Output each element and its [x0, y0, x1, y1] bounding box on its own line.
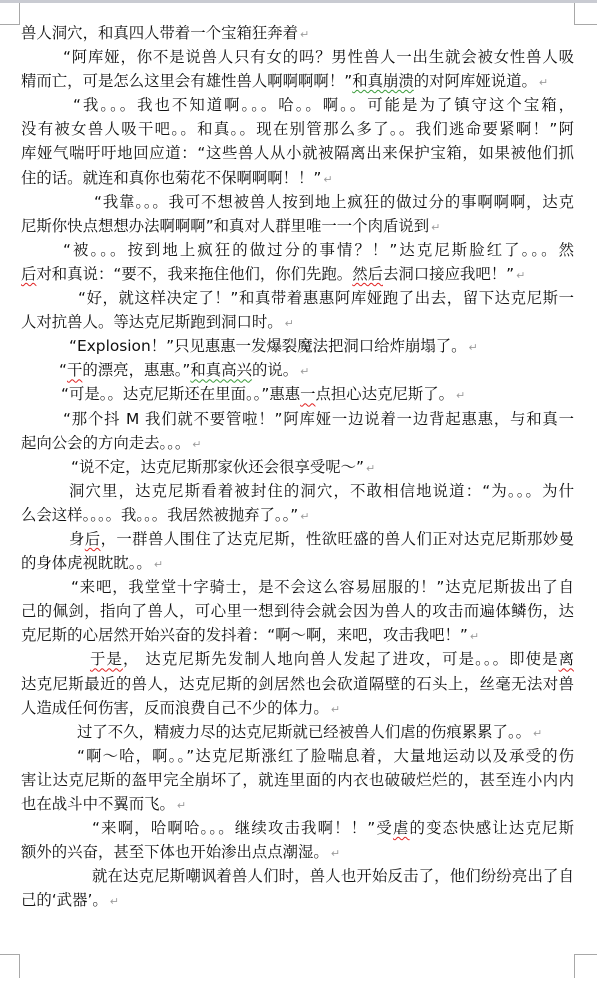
- text-run: 达克尼斯最近的兽人，达克尼斯的剑居然也会砍道隔壁的石头上，丝毫无法对兽: [21, 675, 574, 693]
- text-run: “: [59, 361, 67, 379]
- text-line: 克尼斯的心居然开始兴奋的发抖着：“啊～啊，来吧，攻击我吧！”↵: [21, 623, 574, 647]
- text-run: 克尼斯的心居然开始兴奋的发抖着：“啊～啊，来吧，攻击我吧！”: [21, 626, 468, 644]
- text-run: 身: [69, 530, 85, 548]
- misspelled-word[interactable]: 虐: [393, 819, 410, 837]
- text-run: 洞穴里，达克尼斯看着被封住的洞穴，不敢相信地说道：“为。。。为什: [69, 482, 574, 500]
- paragraph-mark-icon: ↵: [110, 895, 119, 908]
- text-run: 兽人洞穴，和真四人带着一个宝箱狂奔着: [21, 24, 298, 42]
- text-line: “说不定，达克尼斯那家伙还会很享受呢～”↵: [21, 455, 574, 479]
- text-run: 的漂亮，惠惠。”: [82, 361, 190, 379]
- text-line: “那个抖 M 我们就不要管啦！”阿库娅一边说着一边背起惠惠，与和真一: [21, 407, 574, 431]
- text-line: “好，就这样决定了！”和真带着惠惠阿库娅跑了出去，留下达克尼斯一: [21, 286, 574, 310]
- text-line: “Explosion！”只见惠惠一发爆裂魔法把洞口给炸崩塌了。↵: [21, 334, 574, 358]
- text-run: 的身体虎视眈眈。。: [21, 554, 152, 572]
- text-line: “被。。。按到地上疯狂的做过分的事情？！”达克尼斯脸红了。。。然: [21, 238, 574, 262]
- text-run: “我靠。。。我可不想被兽人按到地上疯狂的做过分的事啊啊啊，达克: [94, 193, 574, 211]
- text-line: 么会这样。。。。我。。。我居然被抛弃了。。”↵: [21, 503, 574, 527]
- grammar-flagged-phrase[interactable]: 和真高兴: [190, 361, 252, 379]
- text-run: 么会这样。。。。我。。。我居然被抛弃了。。”: [21, 506, 298, 524]
- text-line: “我。。。我也不知道啊。。。哈。。啊。。可能是为了镇守这个宝箱，: [21, 93, 574, 117]
- text-run: 的变态快感让达克尼斯: [410, 819, 574, 837]
- misspelled-word[interactable]: 干: [67, 361, 82, 379]
- text-run: “说不定，达克尼斯那家伙还会很享受呢～”: [71, 458, 364, 476]
- paragraph-mark-icon: ↵: [533, 727, 542, 740]
- text-line: 的身体虎视眈眈。。↵: [21, 551, 574, 575]
- paragraph-mark-icon: ↵: [469, 341, 478, 354]
- paragraph-mark-icon: ↵: [300, 28, 309, 41]
- text-run: 起向公会的方向走去。。。: [21, 434, 190, 452]
- paragraph-mark-icon: ↵: [331, 703, 340, 716]
- text-line: 后对和真说：“要不，我来拖住他们，你们先跑。然后去洞口接应我吧！”↵: [21, 262, 574, 286]
- text-run: 没有被女兽人吸干吧。。和真。。现在别管那么多了。。我们逃命要紧啊！”阿: [21, 120, 574, 138]
- text-line: “阿库娅，你不是说兽人只有女的吗？男性兽人一出生就会被女性兽人吸: [21, 45, 574, 69]
- text-line: 兽人洞穴，和真四人带着一个宝箱狂奔着↵: [21, 21, 574, 45]
- text-line: “我靠。。。我可不想被兽人按到地上疯狂的做过分的事啊啊啊，达克: [21, 190, 574, 214]
- margin-corner-mark-top-left: [0, 3, 20, 25]
- text-line: 尼斯你快点想想办法啊啊啊”和真对人群里唯一一个肉盾说到↵: [21, 214, 574, 238]
- text-line: 己的‘武器’。↵: [21, 888, 574, 912]
- text-run: “阿库娅，你不是说兽人只有女的吗？男性兽人一出生就会被女性兽人吸: [63, 48, 574, 66]
- text-line: 身后，一群兽人围住了达克尼斯，性欲旺盛的兽人们正对达克尼斯那妙曼: [21, 527, 574, 551]
- text-run: 过了不久，精疲力尽的达克尼斯就已经被兽人们虐的伤痕累累了。。: [77, 723, 531, 741]
- paragraph-mark-icon: ↵: [192, 438, 201, 451]
- text-run: ， 达克尼斯先发制人地向兽人发起了进攻，可是。。。即使是: [123, 650, 559, 668]
- text-run: “啊～哈，啊。。”达克尼斯涨红了脸喘息着，大量地运动以及承受的伤: [77, 747, 574, 765]
- grammar-flagged-phrase[interactable]: 和真崩溃: [352, 72, 414, 90]
- text-run: 己的‘武器’。: [21, 891, 108, 909]
- misspelled-word[interactable]: 后: [85, 530, 101, 548]
- misspelled-word[interactable]: 后: [21, 265, 36, 283]
- text-line: 人造成任何伤害，反而浪费自己不少的体力。↵: [21, 696, 574, 720]
- text-run: “我。。。我也不知道啊。。。哈。。啊。。可能是为了镇守这个宝箱，: [73, 96, 574, 114]
- text-run: 库娅气喘吁吁地回应道：“这些兽人从小就被隔离出来保护宝箱，如果被他们抓: [21, 144, 574, 162]
- text-run: 人对抗兽人。等达克尼斯跑到洞口时。: [21, 313, 283, 331]
- text-line: 洞穴里，达克尼斯看着被封住的洞穴，不敢相信地说道：“为。。。为什: [21, 479, 574, 503]
- paragraph-mark-icon: ↵: [300, 510, 309, 523]
- text-line: 过了不久，精疲力尽的达克尼斯就已经被兽人们虐的伤痕累累了。。↵: [21, 720, 574, 744]
- margin-corner-mark-bottom-right: [574, 954, 597, 978]
- window-top-edge: [0, 0, 597, 3]
- paragraph-mark-icon: ↵: [323, 173, 332, 186]
- text-line: 于是， 达克尼斯先发制人地向兽人发起了进攻，可是。。。即使是离: [21, 647, 574, 671]
- text-run: “来啊，哈啊哈。。。继续攻击我啊！！”受: [92, 819, 393, 837]
- misspelled-word[interactable]: 然后: [352, 265, 383, 283]
- margin-corner-mark-bottom-left: [0, 954, 20, 978]
- misspelled-word[interactable]: 于是: [90, 650, 123, 668]
- text-run: “Explosion！”只见惠惠一发爆裂魔法把洞口给炸崩塌了。: [69, 337, 467, 355]
- text-run: 精而亡，可是怎么这里会有雄性兽人啊啊啊啊！”: [21, 72, 352, 90]
- text-run: “那个抖 M 我们就不要管啦！”阿库娅一边说着一边背起惠惠，与和真一: [63, 410, 574, 428]
- paragraph-mark-icon: ↵: [431, 221, 440, 234]
- text-line: 起向公会的方向走去。。。↵: [21, 431, 574, 455]
- paragraph-mark-icon: ↵: [366, 462, 375, 475]
- text-run: 去洞口接应我吧！”: [383, 265, 514, 283]
- misspelled-word[interactable]: 离: [559, 650, 574, 668]
- text-run: “来吧，我堂堂十字骑士，是不会这么容易屈服的！”达克尼斯拔出了自: [71, 578, 574, 596]
- text-line: “啊～哈，啊。。”达克尼斯涨红了脸喘息着，大量地运动以及承受的伤: [21, 744, 574, 768]
- text-run: 点担心达克尼斯了。: [316, 385, 455, 403]
- text-run: 额外的兴奋，甚至下体也开始渗出点点潮湿。: [21, 843, 329, 861]
- text-run: 的对阿库娅说道。: [414, 72, 537, 90]
- paragraph-mark-icon: ↵: [470, 630, 479, 643]
- margin-corner-mark-top-right: [574, 3, 597, 25]
- text-line: 额外的兴奋，甚至下体也开始渗出点点潮湿。↵: [21, 840, 574, 864]
- text-run: 就在达克尼斯嘲讽着兽人们时，兽人也开始反击了，他们纷纷亮出了自: [92, 867, 574, 885]
- paragraph-mark-icon: ↵: [456, 389, 465, 402]
- text-line: 库娅气喘吁吁地回应道：“这些兽人从小就被隔离出来保护宝箱，如果被他们抓: [21, 141, 574, 165]
- text-line: “干的漂亮，惠惠。”和真高兴的说。↵: [21, 358, 574, 382]
- text-line: 己的佩剑，指向了兽人，可心里一想到待会就会因为兽人的攻击而遍体鳞伤，达: [21, 599, 574, 623]
- text-line: 达克尼斯最近的兽人，达克尼斯的剑居然也会砍道隔壁的石头上，丝毫无法对兽: [21, 672, 574, 696]
- document-body[interactable]: 兽人洞穴，和真四人带着一个宝箱狂奔着↵ “阿库娅，你不是说兽人只有女的吗？男性兽…: [21, 21, 574, 912]
- text-line: 就在达克尼斯嘲讽着兽人们时，兽人也开始反击了，他们纷纷亮出了自: [21, 864, 574, 888]
- text-run: 住的话。就连和真你也菊花不保啊啊啊！！”: [21, 169, 321, 187]
- text-run: “好，就这样决定了！”和真带着惠惠阿库娅跑了出去，留下达克尼斯一: [78, 289, 574, 307]
- text-run: 己的佩剑，指向了兽人，可心里一想到待会就会因为兽人的攻击而遍体鳞伤，达: [21, 602, 574, 620]
- text-line: 人对抗兽人。等达克尼斯跑到洞口时。↵: [21, 310, 574, 334]
- paragraph-mark-icon: ↵: [154, 558, 163, 571]
- paragraph-mark-icon: ↵: [516, 269, 525, 282]
- text-run: ，一群兽人围住了达克尼斯，性欲旺盛的兽人们正对达克尼斯那妙曼: [101, 530, 574, 548]
- text-run: 害让达克尼斯的盔甲完全崩坏了，就连里面的内衣也破破烂烂的，甚至连小内内: [21, 771, 574, 789]
- text-line: “可是。。达克尼斯还在里面。。”惠惠一点担心达克尼斯了。↵: [21, 382, 574, 406]
- text-line: 也在战斗中不翼而飞。↵: [21, 792, 574, 816]
- text-run: 也在战斗中不翼而飞。: [21, 795, 175, 813]
- paragraph-mark-icon: ↵: [539, 76, 548, 89]
- text-run: 人造成任何伤害，反而浪费自己不少的体力。: [21, 699, 329, 717]
- paragraph-mark-icon: ↵: [331, 847, 340, 860]
- paragraph-mark-icon: ↵: [285, 317, 294, 330]
- text-line: 住的话。就连和真你也菊花不保啊啊啊！！”↵: [21, 166, 574, 190]
- misspelled-word[interactable]: 一: [300, 385, 315, 403]
- text-line: 没有被女兽人吸干吧。。和真。。现在别管那么多了。。我们逃命要紧啊！”阿: [21, 117, 574, 141]
- text-run: “被。。。按到地上疯狂的做过分的事情？！”达克尼斯脸红了。。。然: [63, 241, 574, 259]
- paragraph-mark-icon: ↵: [300, 365, 309, 378]
- text-line: 害让达克尼斯的盔甲完全崩坏了，就连里面的内衣也破破烂烂的，甚至连小内内: [21, 768, 574, 792]
- text-line: 精而亡，可是怎么这里会有雄性兽人啊啊啊啊！”和真崩溃的对阿库娅说道。↵: [21, 69, 574, 93]
- text-run: 对和真说：“要不，我来拖住他们，你们先跑。: [36, 265, 352, 283]
- text-line: “来吧，我堂堂十字骑士，是不会这么容易屈服的！”达克尼斯拔出了自: [21, 575, 574, 599]
- text-run: “可是。。达克尼斯还在里面。。”惠惠: [61, 385, 300, 403]
- text-run: 的说。: [252, 361, 298, 379]
- text-line: “来啊，哈啊哈。。。继续攻击我啊！！”受虐的变态快感让达克尼斯: [21, 816, 574, 840]
- text-run: 尼斯你快点想想办法啊啊啊”和真对人群里唯一一个肉盾说到: [21, 217, 429, 235]
- paragraph-mark-icon: ↵: [177, 799, 186, 812]
